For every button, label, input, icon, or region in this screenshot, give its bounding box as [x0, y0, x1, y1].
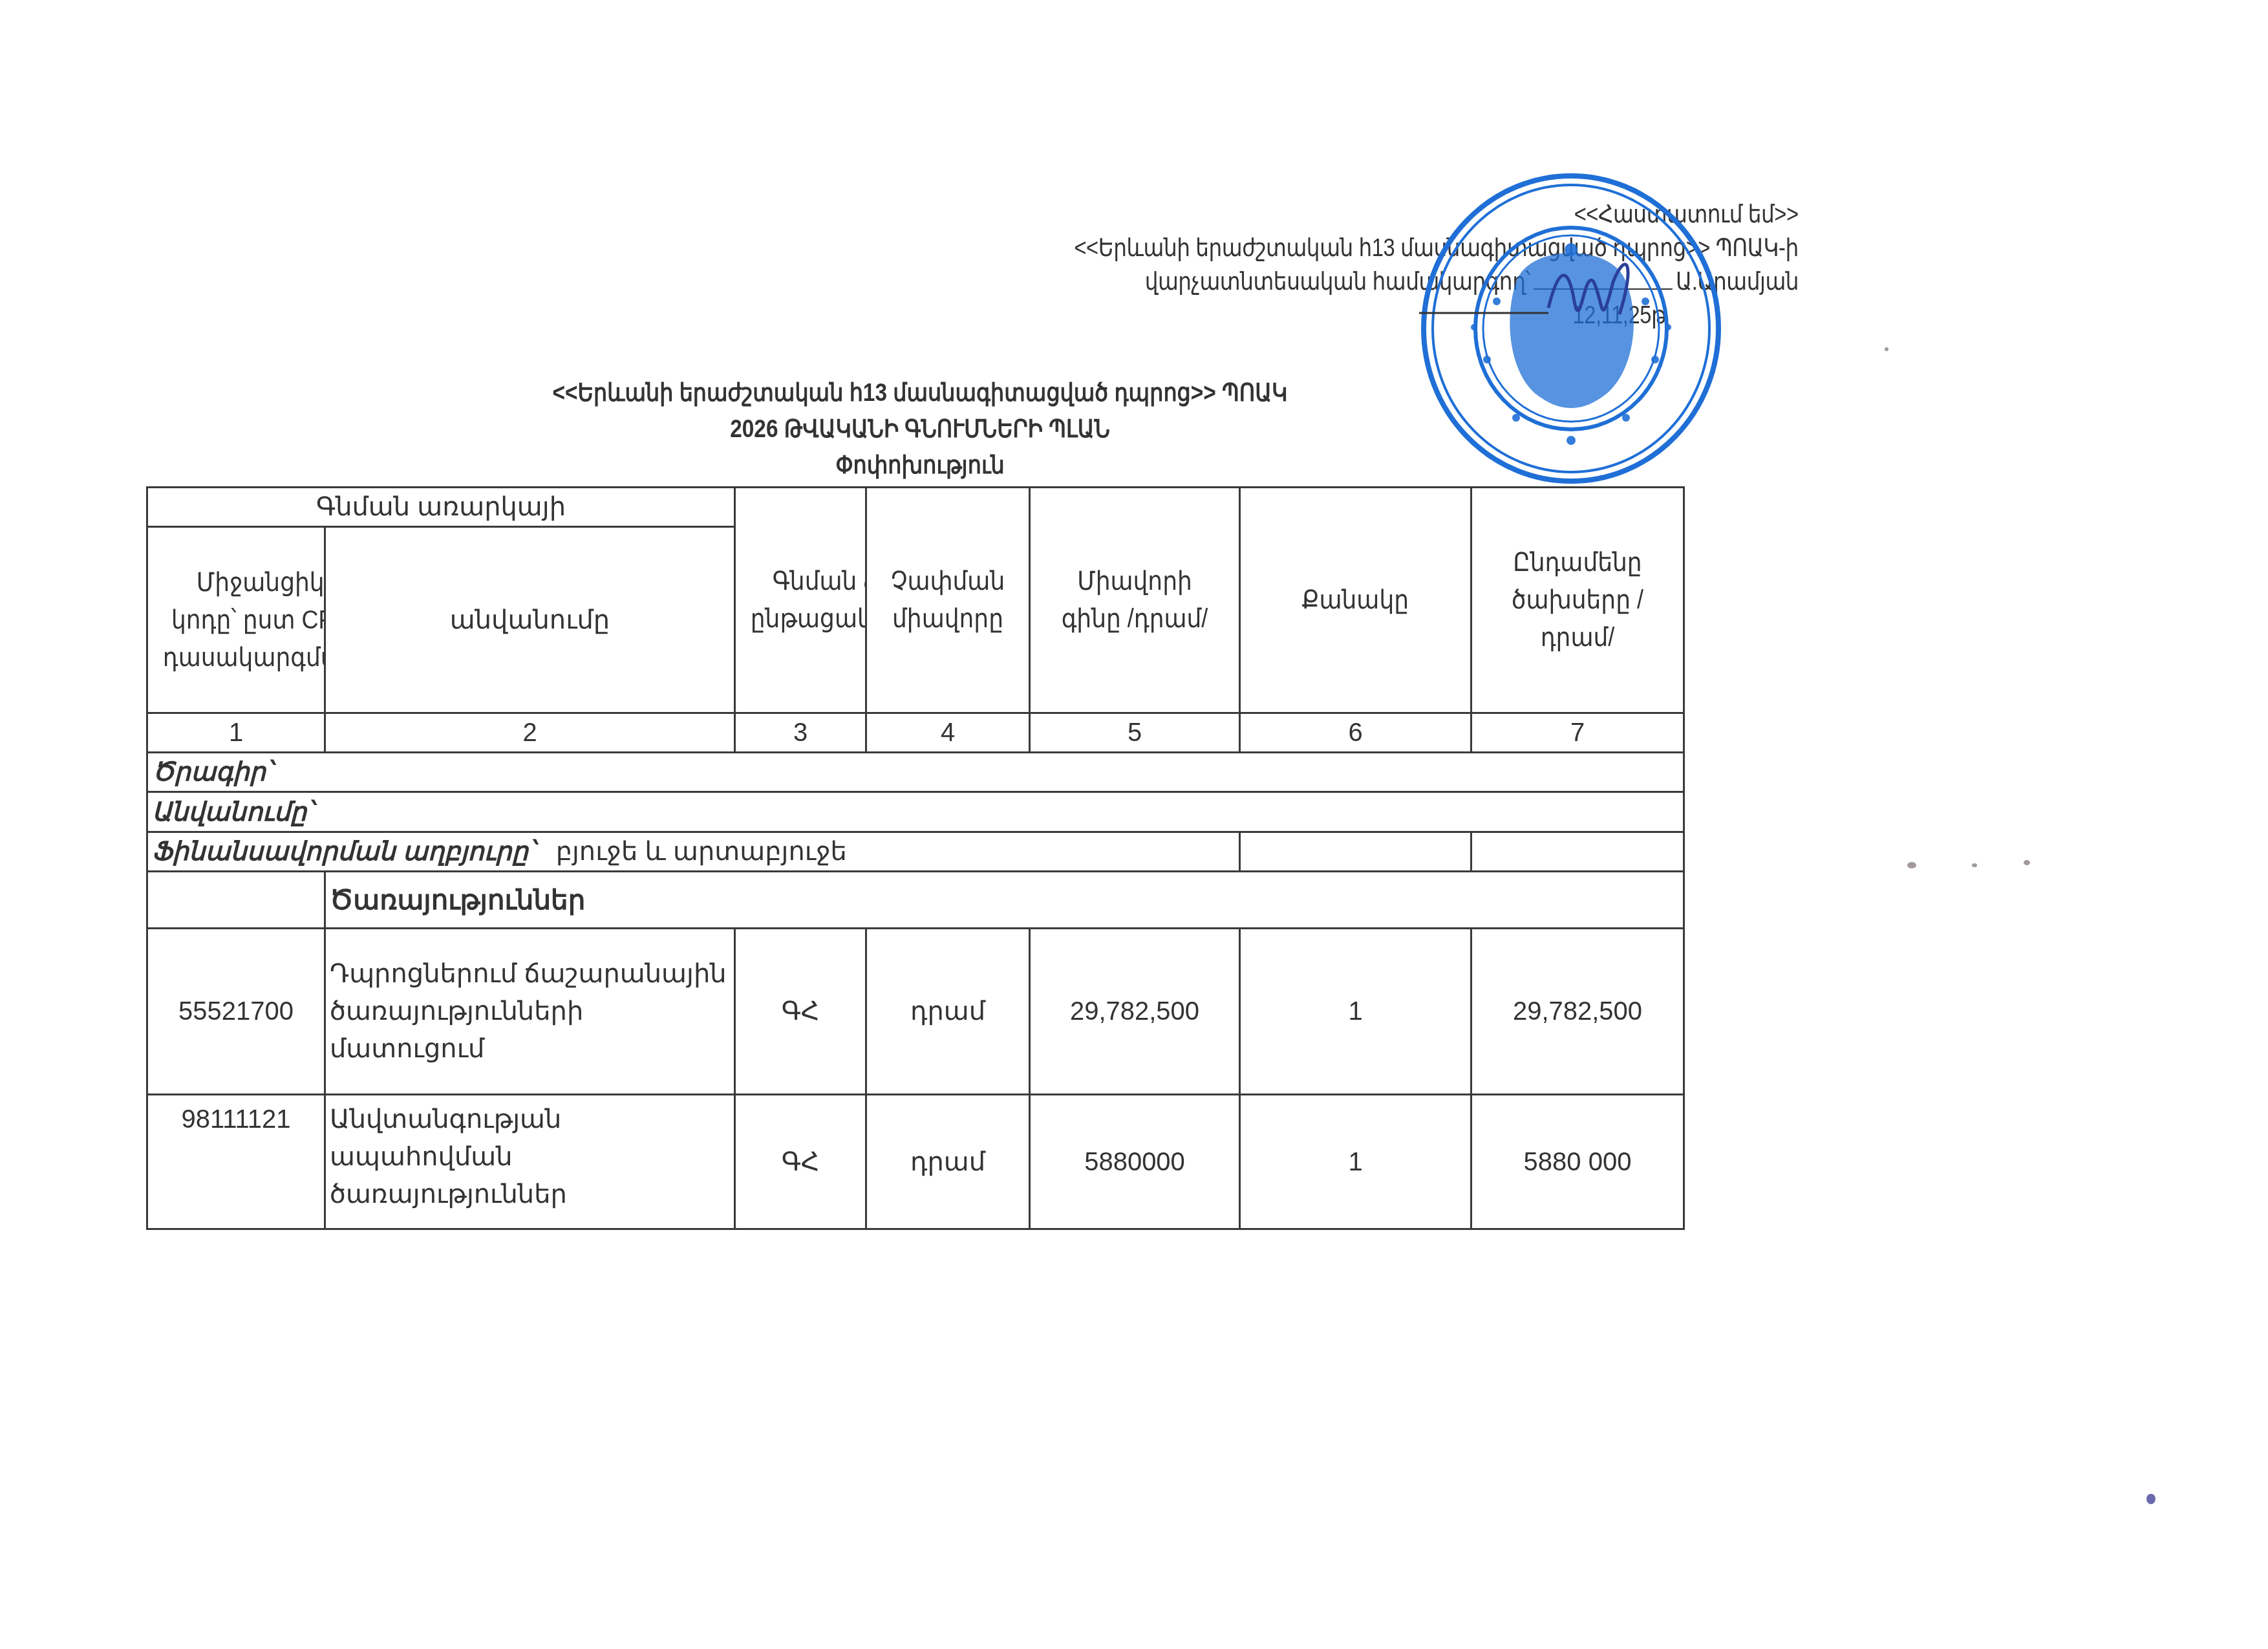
header-quantity: Քանակը [1240, 488, 1471, 713]
scan-dot [2146, 1494, 2156, 1504]
section-title: Ծառայություններ [325, 872, 1684, 929]
row-unit: դրամ [866, 929, 1030, 1095]
scan-speck [1907, 862, 1916, 868]
header-unit: Չափման միավորը [866, 488, 1030, 713]
col-num-6: 6 [1240, 713, 1471, 753]
header-name: անվանումը [325, 527, 735, 713]
scan-speck [1972, 863, 1977, 867]
row-procedure: ԳՀ [735, 1095, 866, 1229]
row-cpv: 55521700 [147, 929, 325, 1095]
funding-label: Ֆինանսավորման աղբյուրը՝ [152, 837, 534, 866]
funding-value: բյուջե և արտաբյուջե [556, 837, 847, 866]
procurement-plan-table: Գնման առարկայի Գնման ձևը /ընթացակարգը/ Չ… [146, 486, 1685, 1230]
title-plan: 2026 ԹՎԱԿԱՆԻ ԳՆՈՒՄՆԵՐԻ ՊԼԱՆ [111, 411, 1729, 447]
row-procedure: ԳՀ [735, 929, 866, 1095]
row-quantity: 1 [1240, 1095, 1471, 1229]
program-label: Ծրագիր՝ [147, 753, 1684, 792]
program-name-row: Անվանումը՝ [147, 792, 1684, 832]
funding-empty-7 [1471, 832, 1684, 872]
scan-speck [1885, 347, 1888, 351]
row-unit: դրամ [866, 1095, 1030, 1229]
row-quantity: 1 [1240, 929, 1471, 1095]
funding-row: Ֆինանսավորման աղբյուրը՝ բյուջե և արտաբյո… [147, 832, 1684, 872]
row-name: Դպրոցներում ճաշարանային ծառայությունների… [325, 929, 735, 1095]
section-empty [147, 872, 325, 929]
header-procedure: Գնման ձևը /ընթացակարգը/ [735, 488, 866, 713]
header-group-row: Գնման առարկայի Գնման ձևը /ընթացակարգը/ Չ… [147, 488, 1684, 527]
scan-speck [2024, 860, 2030, 865]
title-organization: <<Երևանի երաժշտական հ13 մասնագիտացված դպ… [111, 375, 1729, 411]
col-num-5: 5 [1030, 713, 1240, 753]
title-change: Փոփոխություն [111, 447, 1729, 484]
header-total: Ընդամենը ծախսերը /դրամ/ [1471, 488, 1684, 713]
col-num-3: 3 [735, 713, 866, 753]
program-row: Ծրագիր՝ [147, 753, 1684, 792]
header-unit-price: Միավորի գինը /դրամ/ [1030, 488, 1240, 713]
header-cpv: Միջանցիկ կոդը՝ ըստ CPV դասակարգման [147, 527, 325, 713]
col-num-4: 4 [866, 713, 1030, 753]
funding-cell: Ֆինանսավորման աղբյուրը՝ բյուջե և արտաբյո… [147, 832, 1240, 872]
row-unit-price: 5880000 [1030, 1095, 1240, 1229]
column-number-row: 1 2 3 4 5 6 7 [147, 713, 1684, 753]
row-total: 5880 000 [1471, 1095, 1684, 1229]
table-row: 98111121 Անվտանգության ապահովման ծառայու… [147, 1095, 1684, 1229]
section-row: Ծառայություններ [147, 872, 1684, 929]
row-name: Անվտանգության ապահովման ծառայություններ [325, 1095, 735, 1229]
row-total: 29,782,500 [1471, 929, 1684, 1095]
col-num-7: 7 [1471, 713, 1684, 753]
document-title: <<Երևանի երաժշտական հ13 մասնագիտացված դպ… [111, 375, 1729, 484]
row-unit-price: 29,782,500 [1030, 929, 1240, 1095]
row-cpv: 98111121 [147, 1095, 325, 1229]
funding-empty-6 [1240, 832, 1471, 872]
table-row: 55521700 Դպրոցներում ճաշարանային ծառայու… [147, 929, 1684, 1095]
program-name-label: Անվանումը՝ [147, 792, 1684, 832]
header-subject-group: Գնման առարկայի [147, 488, 735, 527]
col-num-1: 1 [147, 713, 325, 753]
col-num-2: 2 [325, 713, 735, 753]
